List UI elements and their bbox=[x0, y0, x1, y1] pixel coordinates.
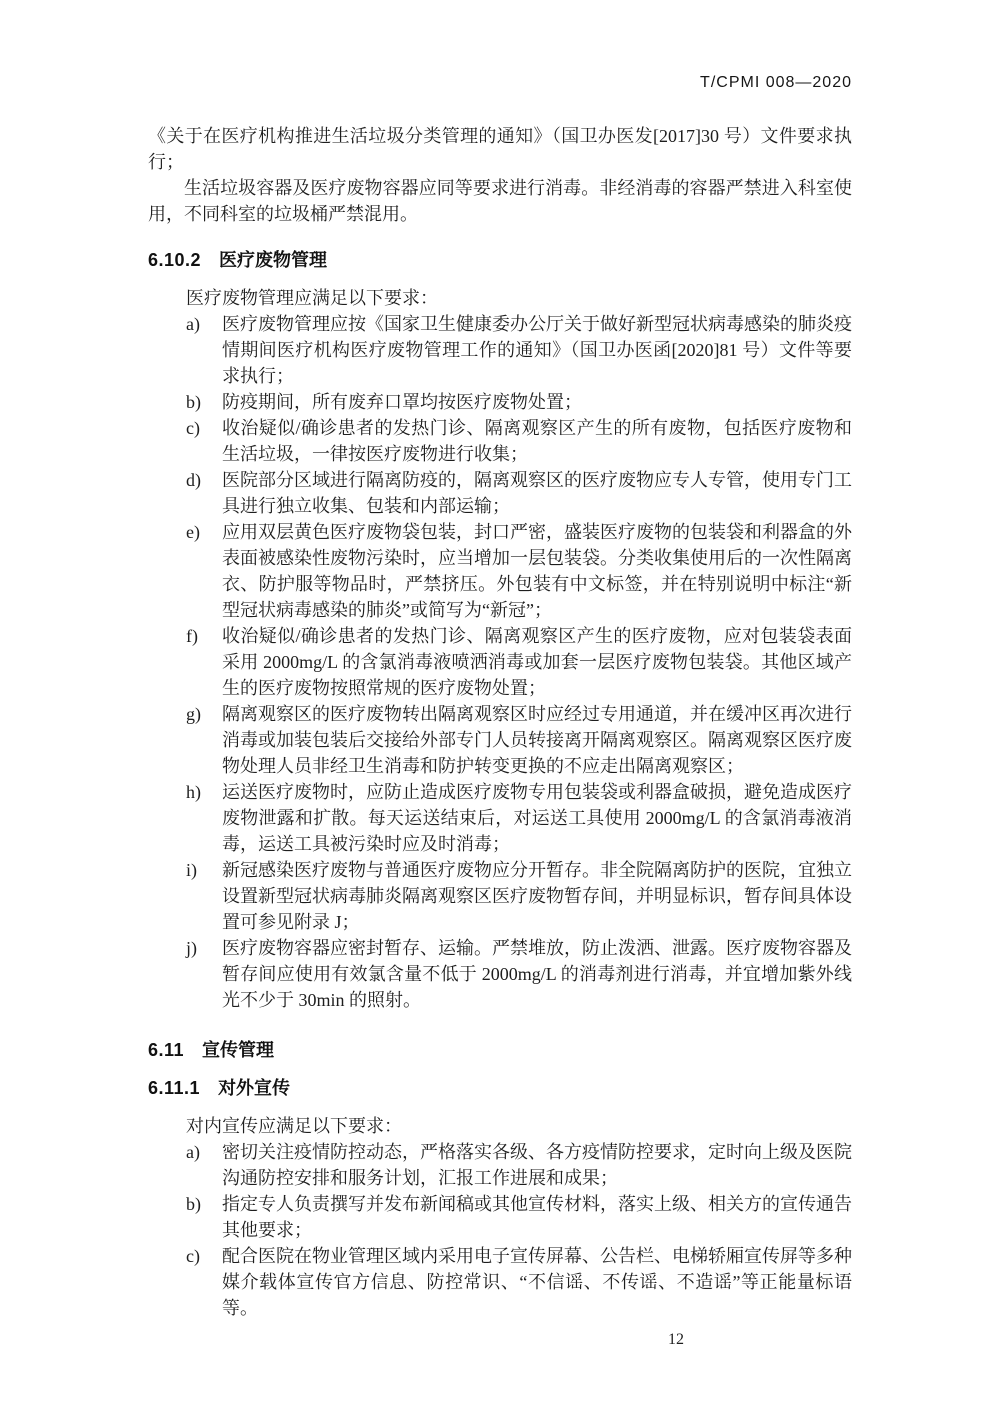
section-6-11-1-body: 对内宣传应满足以下要求： a) 密切关注疫情防控动态，严格落实各级、各方疫情防控… bbox=[186, 1113, 852, 1321]
section-heading-6-11: 6.11 宣传管理 bbox=[148, 1037, 852, 1063]
list-item: j) 医疗废物容器应密封暂存、运输。严禁堆放，防止泼洒、泄露。医疗废物容器及暂存… bbox=[186, 935, 852, 1013]
list-item-text: 运送医疗废物时，应防止造成医疗废物专用包装袋或利器盒破损，避免造成医疗废物泄露和… bbox=[222, 779, 852, 857]
list-item: a) 医疗废物管理应按《国家卫生健康委办公厅关于做好新型冠状病毒感染的肺炎疫情期… bbox=[186, 311, 852, 389]
list-item-text: 防疫期间，所有废弃口罩均按医疗废物处置； bbox=[222, 389, 852, 415]
list-item: h) 运送医疗废物时，应防止造成医疗废物专用包装袋或利器盒破损，避免造成医疗废物… bbox=[186, 779, 852, 857]
list-item-text: 密切关注疫情防控动态，严格落实各级、各方疫情防控要求，定时向上级及医院沟通防控安… bbox=[222, 1139, 852, 1191]
list-item-label: a) bbox=[186, 1139, 222, 1165]
list-item: c) 配合医院在物业管理区域内采用电子宣传屏幕、公告栏、电梯轿厢宣传屏等多种媒介… bbox=[186, 1243, 852, 1321]
list-item: d) 医院部分区域进行隔离防疫的，隔离观察区的医疗废物应专人专管，使用专门工具进… bbox=[186, 467, 852, 519]
list-item-label: i) bbox=[186, 857, 222, 883]
section-heading-6-10-2: 6.10.2 医疗废物管理 bbox=[148, 247, 852, 273]
document-page: T/CPMI 008—2020 《关于在医疗机构推进生活垃圾分类管理的通知》（国… bbox=[0, 0, 1000, 1415]
list-item: e) 应用双层黄色医疗废物袋包装，封口严密，盛装医疗废物的包装袋和利器盒的外表面… bbox=[186, 519, 852, 623]
list-item-text: 医疗废物容器应密封暂存、运输。严禁堆放，防止泼洒、泄露。医疗废物容器及暂存间应使… bbox=[222, 935, 852, 1013]
list-item-text: 医疗废物管理应按《国家卫生健康委办公厅关于做好新型冠状病毒感染的肺炎疫情期间医疗… bbox=[222, 311, 852, 389]
list-item: b) 指定专人负责撰写并发布新闻稿或其他宣传材料，落实上级、相关方的宣传通告其他… bbox=[186, 1191, 852, 1243]
list-item-text: 指定专人负责撰写并发布新闻稿或其他宣传材料，落实上级、相关方的宣传通告其他要求； bbox=[222, 1191, 852, 1243]
page-content: 《关于在医疗机构推进生活垃圾分类管理的通知》（国卫办医发[2017]30 号）文… bbox=[0, 123, 1000, 1351]
list-item: g) 隔离观察区的医疗废物转出隔离观察区时应经过专用通道，并在缓冲区再次进行消毒… bbox=[186, 701, 852, 779]
section-title: 对外宣传 bbox=[218, 1075, 290, 1101]
list-item: b) 防疫期间，所有废弃口罩均按医疗废物处置； bbox=[186, 389, 852, 415]
list-item: i) 新冠感染医疗废物与普通医疗废物应分开暂存。非全院隔离防护的医院，宜独立设置… bbox=[186, 857, 852, 935]
page-number: 12 bbox=[148, 1329, 852, 1351]
list-item-label: e) bbox=[186, 519, 222, 545]
list-item-label: j) bbox=[186, 935, 222, 961]
list-item-label: g) bbox=[186, 701, 222, 727]
document-header: T/CPMI 008—2020 bbox=[0, 0, 1000, 93]
list-item-label: c) bbox=[186, 1243, 222, 1269]
list-item-text: 配合医院在物业管理区域内采用电子宣传屏幕、公告栏、电梯轿厢宣传屏等多种媒介载体宣… bbox=[222, 1243, 852, 1321]
list-item-label: d) bbox=[186, 467, 222, 493]
section-heading-6-11-1: 6.11.1 对外宣传 bbox=[148, 1075, 852, 1101]
list-item-text: 应用双层黄色医疗废物袋包装，封口严密，盛装医疗废物的包装袋和利器盒的外表面被感染… bbox=[222, 519, 852, 623]
list-item: f) 收治疑似/确诊患者的发热门诊、隔离观察区产生的医疗废物，应对包装袋表面采用… bbox=[186, 623, 852, 701]
lead-paragraph-2: 生活垃圾容器及医疗废物容器应同等要求进行消毒。非经消毒的容器严禁进入科室使用，不… bbox=[148, 175, 852, 227]
list-item-text: 新冠感染医疗废物与普通医疗废物应分开暂存。非全院隔离防护的医院，宜独立设置新型冠… bbox=[222, 857, 852, 935]
section-title: 医疗废物管理 bbox=[219, 247, 327, 273]
list-item-label: b) bbox=[186, 1191, 222, 1217]
section-number: 6.11.1 bbox=[148, 1075, 200, 1101]
list-item-label: c) bbox=[186, 415, 222, 441]
list-item-text: 收治疑似/确诊患者的发热门诊、隔离观察区产生的医疗废物，应对包装袋表面采用 20… bbox=[222, 623, 852, 701]
list-intro: 对内宣传应满足以下要求： bbox=[186, 1113, 852, 1139]
list-item-label: b) bbox=[186, 389, 222, 415]
section-number: 6.10.2 bbox=[148, 247, 201, 273]
list-item-label: h) bbox=[186, 779, 222, 805]
list-item-text: 收治疑似/确诊患者的发热门诊、隔离观察区产生的所有废物，包括医疗废物和生活垃圾，… bbox=[222, 415, 852, 467]
lead-paragraph-1: 《关于在医疗机构推进生活垃圾分类管理的通知》（国卫办医发[2017]30 号）文… bbox=[148, 123, 852, 175]
list-item-label: a) bbox=[186, 311, 222, 337]
list-item-text: 隔离观察区的医疗废物转出隔离观察区时应经过专用通道，并在缓冲区再次进行消毒或加装… bbox=[222, 701, 852, 779]
list-item: c) 收治疑似/确诊患者的发热门诊、隔离观察区产生的所有废物，包括医疗废物和生活… bbox=[186, 415, 852, 467]
section-title: 宣传管理 bbox=[202, 1037, 274, 1063]
list-intro: 医疗废物管理应满足以下要求： bbox=[186, 285, 852, 311]
list-item-label: f) bbox=[186, 623, 222, 649]
standard-number: T/CPMI 008—2020 bbox=[700, 74, 852, 91]
list-item: a) 密切关注疫情防控动态，严格落实各级、各方疫情防控要求，定时向上级及医院沟通… bbox=[186, 1139, 852, 1191]
list-item-text: 医院部分区域进行隔离防疫的，隔离观察区的医疗废物应专人专管，使用专门工具进行独立… bbox=[222, 467, 852, 519]
section-number: 6.11 bbox=[148, 1037, 184, 1063]
section-6-10-2-body: 医疗废物管理应满足以下要求： a) 医疗废物管理应按《国家卫生健康委办公厅关于做… bbox=[186, 285, 852, 1013]
